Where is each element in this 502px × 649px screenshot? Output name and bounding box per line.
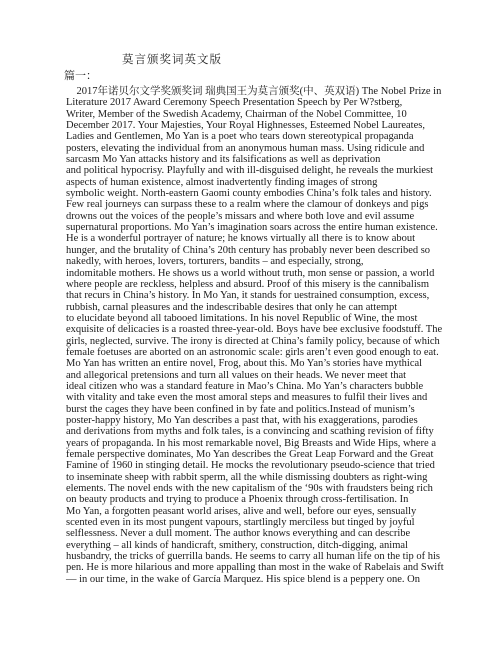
document-page: 莫言颁奖词英文版 篇一： 2017年诺贝尔文学奖颁奖词 瑞典国王为莫言颁奖(中、… xyxy=(0,0,502,649)
section-label: 篇一： xyxy=(64,70,97,83)
body-text: 2017年诺贝尔文学奖颁奖词 瑞典国王为莫言颁奖(中、英双语) The Nobe… xyxy=(66,86,444,585)
document-title: 莫言颁奖词英文版 xyxy=(122,53,222,67)
